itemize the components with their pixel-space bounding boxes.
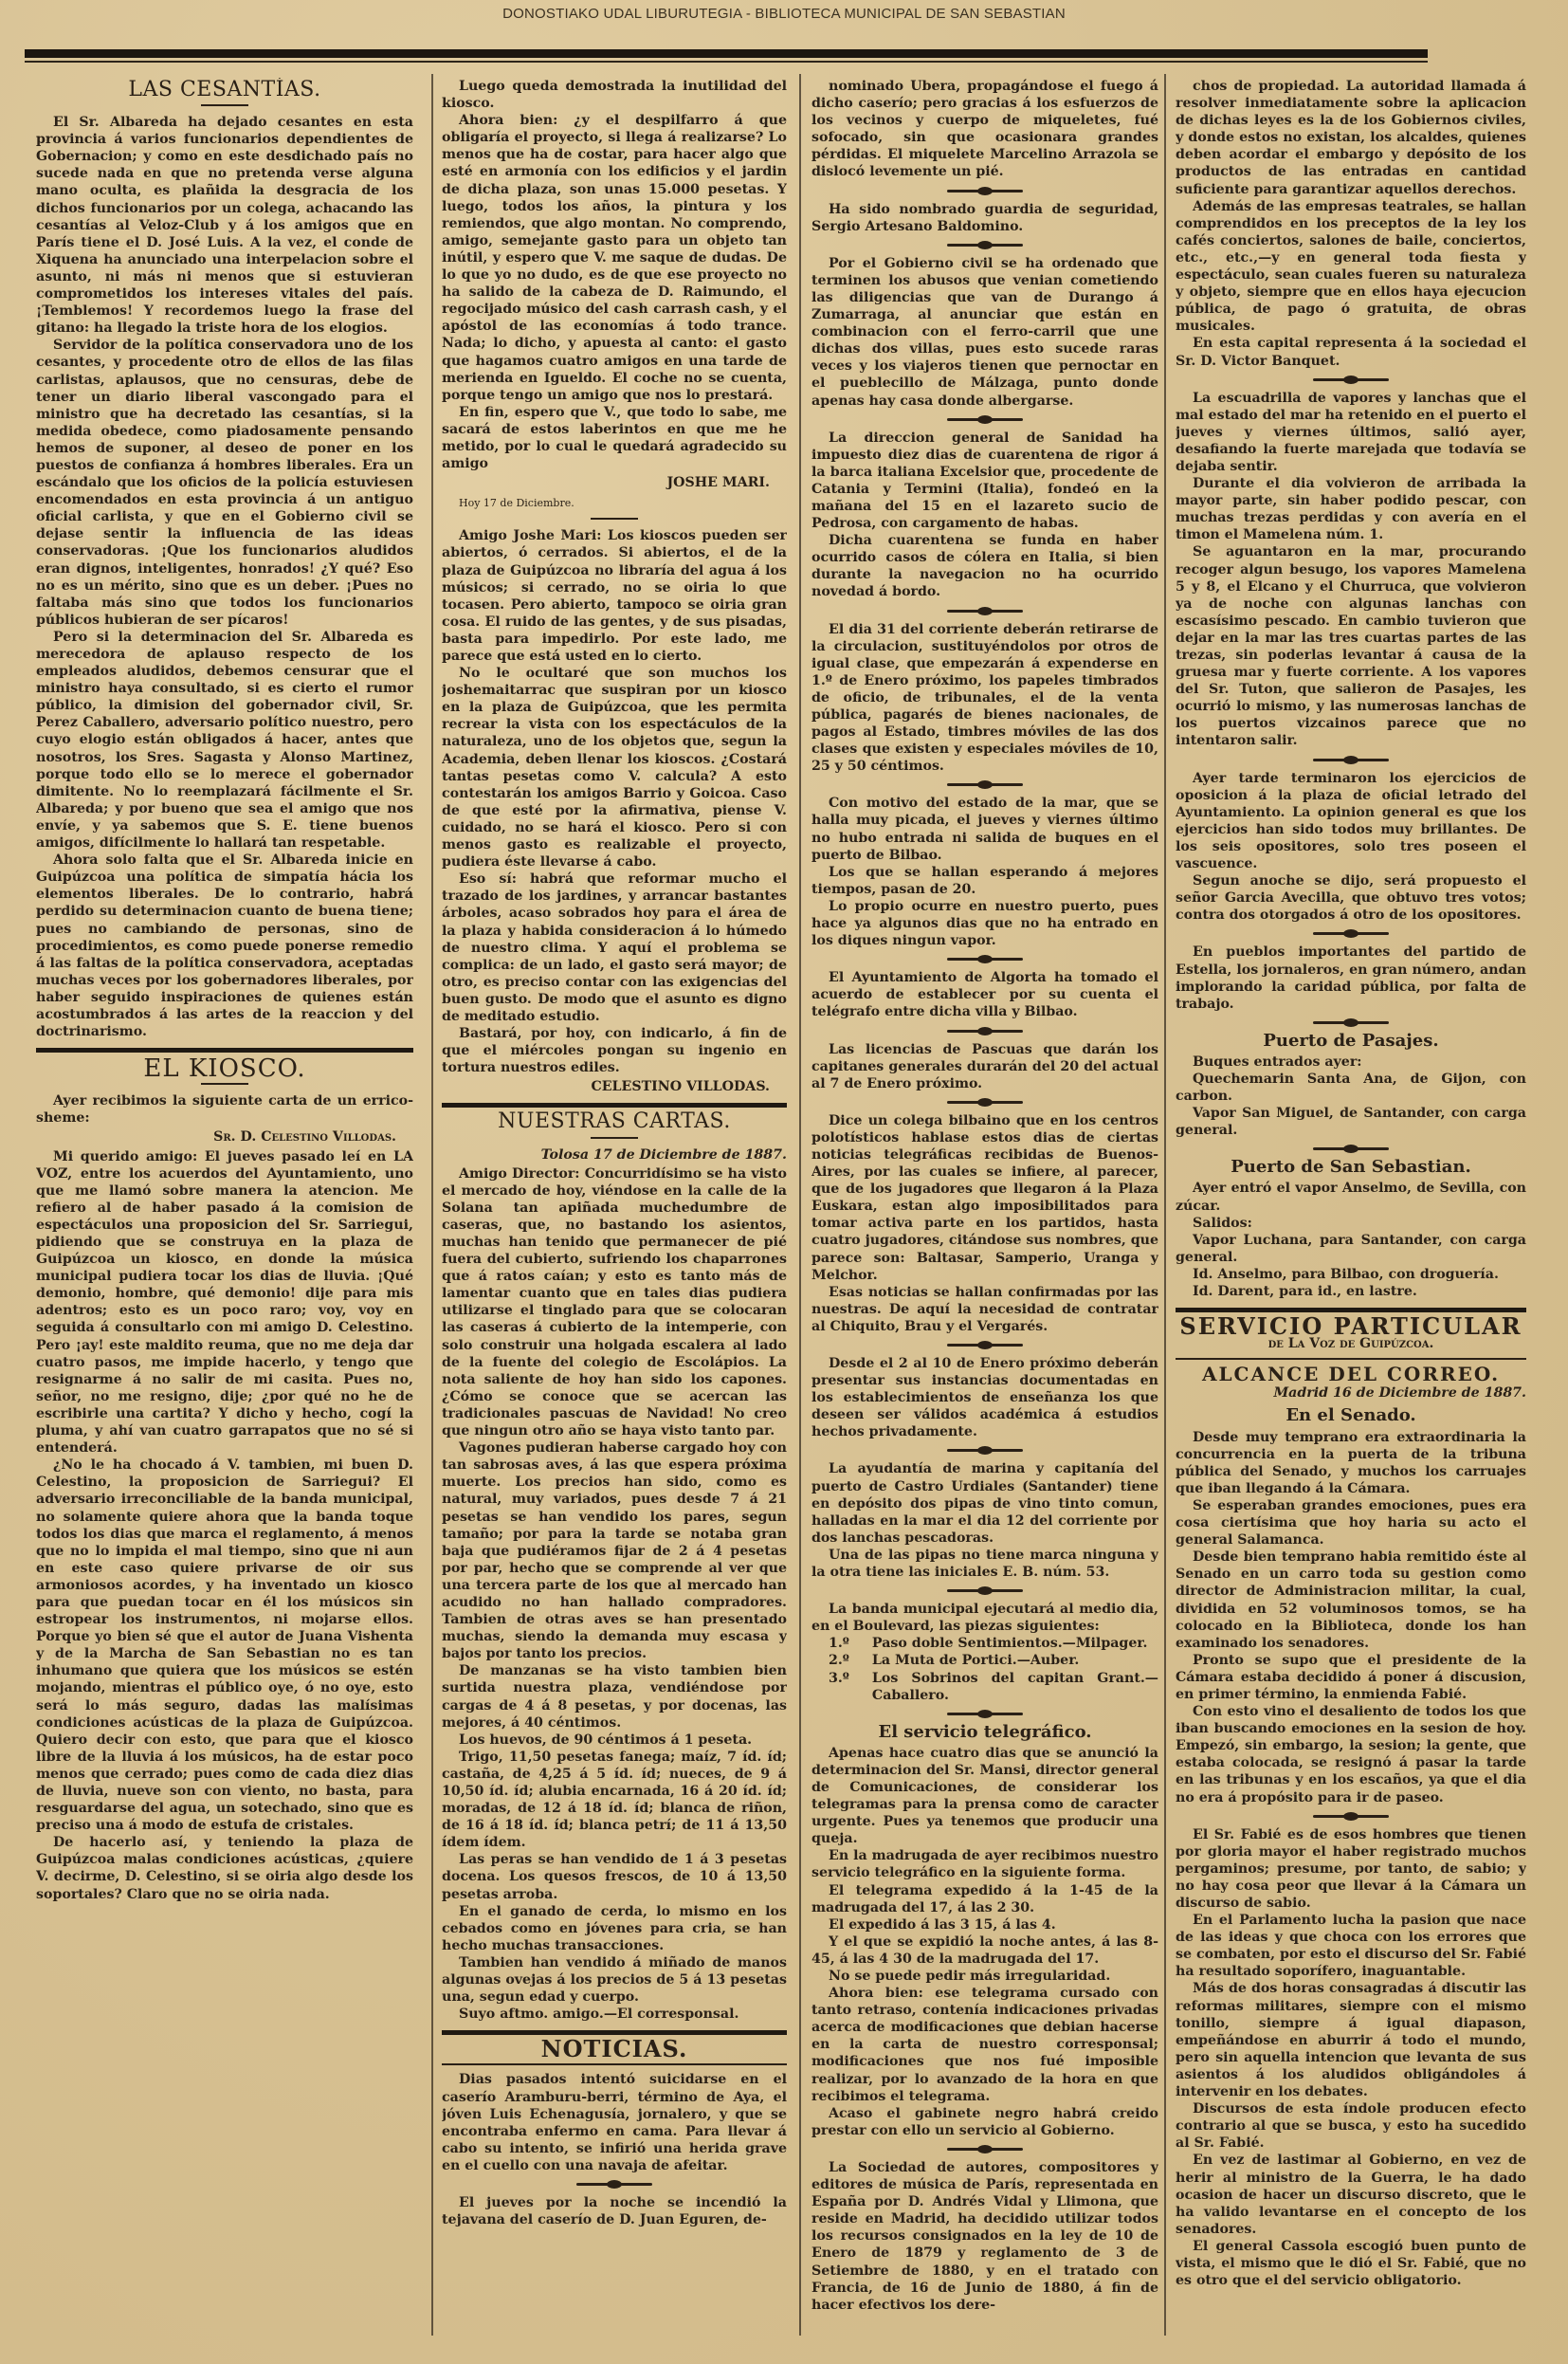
- paragraph: En pueblos importantes del partido de Es…: [1176, 944, 1526, 1012]
- paragraph: Se aguantaron en la mar, procurando reco…: [1176, 543, 1526, 749]
- salutation: Sr. D. Celestino Villodas.: [36, 1128, 396, 1145]
- paragraph: Y el que se expidió la noche antes, á la…: [811, 1933, 1158, 1968]
- signature: JOSHE MARI.: [442, 474, 770, 491]
- short-rule: [591, 1137, 638, 1139]
- paragraph: Los huevos, de 90 céntimos á 1 peseta.: [442, 1732, 787, 1749]
- paragraph: Vapor San Miguel, de Santander, con carg…: [1176, 1105, 1526, 1139]
- list-text: La Muta de Portici.—Auber.: [872, 1652, 1079, 1669]
- ornament-divider: [947, 1344, 1023, 1347]
- paragraph: Acaso el gabinete negro habrá creido pre…: [811, 2105, 1158, 2139]
- paragraph: En vez de lastimar al Gobierno, en vez d…: [1176, 2152, 1526, 2237]
- paragraph: El Sr. Albareda ha dejado cesantes en es…: [36, 114, 413, 337]
- paragraph: Servidor de la política conservadora uno…: [36, 337, 413, 629]
- ornament-divider: [1313, 1815, 1389, 1818]
- paragraph: La Sociedad de autores, compositores y e…: [811, 2159, 1158, 2314]
- paragraph: Ha sido nombrado guardia de seguridad, S…: [811, 201, 1158, 235]
- paragraph: Id. Anselmo, para Bilbao, con droguería.: [1176, 1266, 1526, 1283]
- paragraph: El general Cassola escogió buen punto de…: [1176, 2238, 1526, 2289]
- section-heading: EL KIOSCO.: [36, 1060, 413, 1077]
- article-heading: LAS CESANTÍAS.: [36, 82, 413, 99]
- column-3: nominado Ubera, propagándose el fuego á …: [811, 78, 1158, 2347]
- masthead-thin-rule: [25, 61, 1428, 63]
- section-rule: [442, 1103, 787, 1108]
- paragraph: La escuadrilla de vapores y lanchas que …: [1176, 390, 1526, 475]
- paragraph: Id. Darent, para id., en lastre.: [1176, 1283, 1526, 1300]
- paragraph: Mi querido amigo: El jueves pasado leí e…: [36, 1148, 413, 1457]
- paragraph: Las licencias de Pascuas que darán los c…: [811, 1041, 1158, 1092]
- list-item: 2.ºLa Muta de Portici.—Auber.: [829, 1652, 1158, 1669]
- list-number: 1.º: [829, 1635, 849, 1652]
- section-heading: SERVICIO PARTICULAR: [1176, 1318, 1526, 1335]
- paragraph: En la madrugada de ayer recibimos nuestr…: [811, 1847, 1158, 1881]
- ornament-divider: [947, 190, 1023, 192]
- ornament-divider: [947, 783, 1023, 786]
- thin-rule: [1176, 1358, 1526, 1360]
- paragraph: En esta capital representa á la sociedad…: [1176, 335, 1526, 369]
- paragraph: Por el Gobierno civil se ha ordenado que…: [811, 255, 1158, 410]
- paragraph: La ayudantía de marina y capitanía del p…: [811, 1460, 1158, 1546]
- ornament-divider: [947, 418, 1023, 421]
- short-rule: [201, 104, 248, 106]
- paragraph: Amigo Director: Concurridísimo se ha vis…: [442, 1165, 787, 1440]
- ornament-divider: [576, 2183, 652, 2186]
- library-banner: DONOSTIAKO UDAL LIBURUTEGIA - BIBLIOTECA…: [0, 6, 1568, 22]
- program-list: 1.ºPaso doble Sentimientos.—Milpager.2.º…: [811, 1635, 1158, 1703]
- ornament-divider: [947, 1713, 1023, 1715]
- paragraph: Amigo Joshe Mari: Los kioscos pueden ser…: [442, 527, 787, 665]
- paragraph: Desde muy temprano era extraordinaria la…: [1176, 1429, 1526, 1497]
- paragraph: La banda municipal ejecutará al medio di…: [811, 1601, 1158, 1635]
- short-rule: [591, 518, 638, 520]
- note: Hoy 17 de Diciembre.: [442, 495, 787, 512]
- paragraph: La direccion general de Sanidad ha impue…: [811, 430, 1158, 533]
- paragraph: Pronto se supo que el presidente de la C…: [1176, 1652, 1526, 1703]
- column-divider: [431, 74, 433, 2336]
- paragraph: Salidos:: [1176, 1215, 1526, 1232]
- article-heading: NUESTRAS CARTAS.: [442, 1113, 787, 1130]
- subsection-heading: Puerto de Pasajes.: [1176, 1033, 1526, 1050]
- paragraph: Eso sí: habrá que reformar mucho el traz…: [442, 870, 787, 1025]
- paragraph: Buques entrados ayer:: [1176, 1054, 1526, 1071]
- paragraph: Con motivo del estado de la mar, que se …: [811, 795, 1158, 863]
- column-divider: [799, 74, 801, 2336]
- paragraph: Dias pasados intentó suicidarse en el ca…: [442, 2071, 787, 2174]
- paragraph: En el Parlamento lucha la pasion que nac…: [1176, 1912, 1526, 1980]
- paragraph: De hacerlo así, y teniendo la plaza de G…: [36, 1834, 413, 1902]
- paragraph: Ahora bien: ese telegrama cursado con ta…: [811, 1985, 1158, 2105]
- ornament-divider: [1313, 378, 1389, 381]
- paragraph: Durante el dia volvieron de arribada la …: [1176, 475, 1526, 543]
- masthead-thick-rule: [25, 49, 1428, 58]
- paragraph: Luego queda demostrada la inutilidad del…: [442, 78, 787, 112]
- paragraph: Ayer tarde terminaron los ejercicios de …: [1176, 770, 1526, 873]
- list-number: 2.º: [829, 1652, 849, 1669]
- ornament-divider: [1313, 1147, 1389, 1150]
- paragraph: Esas noticias se hallan confirmadas por …: [811, 1284, 1158, 1335]
- subsection-heading: Puerto de San Sebastian.: [1176, 1159, 1526, 1176]
- ornament-divider: [947, 958, 1023, 961]
- dateline: Tolosa 17 de Diciembre de 1887.: [442, 1146, 787, 1164]
- paragraph: El expedido á las 3 15, á las 4.: [811, 1916, 1158, 1933]
- paragraph: chos de propiedad. La autoridad llamada …: [1176, 78, 1526, 198]
- paragraph: Con esto vino el desaliento de todos los…: [1176, 1703, 1526, 1806]
- paragraph: Se esperaban grandes emociones, pues era…: [1176, 1497, 1526, 1549]
- paragraph: Bastará, por hoy, con indicarlo, á fin d…: [442, 1025, 787, 1076]
- ornament-divider: [947, 610, 1023, 613]
- ornament-divider: [947, 2148, 1023, 2151]
- column-2: Luego queda demostrada la inutilidad del…: [442, 78, 787, 2347]
- list-text: Paso doble Sentimientos.—Milpager.: [872, 1635, 1148, 1652]
- ornament-divider: [947, 244, 1023, 247]
- paragraph: Dicha cuarentena se funda en haber ocurr…: [811, 532, 1158, 600]
- ornament-divider: [1313, 1021, 1389, 1024]
- short-rule: [201, 1083, 248, 1085]
- column-divider: [1164, 74, 1166, 2336]
- paragraph: Los que se hallan esperando á mejores ti…: [811, 864, 1158, 898]
- paragraph: Lo propio ocurre en nuestro puerto, pues…: [811, 898, 1158, 949]
- paragraph: En el ganado de cerda, lo mismo en los c…: [442, 1903, 787, 1954]
- paragraph: Ahora bien: ¿y el despilfarro á que obli…: [442, 112, 787, 404]
- ornament-divider: [947, 1589, 1023, 1592]
- paragraph: El Ayuntamiento de Algorta ha tomado el …: [811, 969, 1158, 1020]
- paragraph: Más de dos horas consagradas á discutir …: [1176, 1980, 1526, 2100]
- paragraph: Además de las empresas teatrales, se hal…: [1176, 198, 1526, 336]
- paragraph: Quechemarin Santa Ana, de Gijon, con car…: [1176, 1071, 1526, 1105]
- paragraph: Trigo, 11,50 pesetas fanega; maíz, 7 íd.…: [442, 1749, 787, 1852]
- section-heading: ALCANCE DEL CORREO.: [1176, 1365, 1526, 1383]
- list-text: Los Sobrinos del capitan Grant.—Caballer…: [872, 1670, 1158, 1704]
- paragraph: El dia 31 del corriente deberán retirars…: [811, 621, 1158, 776]
- paragraph: Vagones pudieran haberse cargado hoy con…: [442, 1439, 787, 1662]
- ornament-divider: [1313, 759, 1389, 761]
- section-heading: NOTICIAS.: [442, 2041, 787, 2058]
- list-item: 1.ºPaso doble Sentimientos.—Milpager.: [829, 1635, 1158, 1652]
- subsection-heading: En el Senado.: [1176, 1407, 1526, 1424]
- list-item: 3.ºLos Sobrinos del capitan Grant.—Cabal…: [829, 1670, 1158, 1704]
- paragraph: No se puede pedir más irregularidad.: [811, 1968, 1158, 1985]
- paragraph: Ahora solo falta que el Sr. Albareda ini…: [36, 852, 413, 1040]
- paragraph: Las peras se han vendido de 1 á 3 peseta…: [442, 1851, 787, 1902]
- paragraph: Una de las pipas no tiene marca ninguna …: [811, 1547, 1158, 1581]
- paragraph: El Sr. Fabié es de esos hombres que tien…: [1176, 1826, 1526, 1912]
- ornament-divider: [1313, 932, 1389, 935]
- paragraph: Dice un colega bilbaino que en los centr…: [811, 1112, 1158, 1284]
- column-1: LAS CESANTÍAS.El Sr. Albareda ha dejado …: [36, 78, 413, 2347]
- signature: CELESTINO VILLODAS.: [442, 1078, 770, 1095]
- paragraph: En fin, espero que V., que todo lo sabe,…: [442, 404, 787, 472]
- ornament-divider: [947, 1449, 1023, 1452]
- paragraph: El telegrama expedido á la 1-45 de la ma…: [811, 1882, 1158, 1916]
- dateline: Madrid 16 de Diciembre de 1887.: [1176, 1384, 1526, 1402]
- list-number: 3.º: [829, 1670, 849, 1704]
- paragraph: ¿No le ha chocado á V. tambien, mi buen …: [36, 1457, 413, 1834]
- thin-rule: [442, 2063, 787, 2065]
- column-4: chos de propiedad. La autoridad llamada …: [1176, 78, 1526, 2347]
- paragraph: Segun anoche se dijo, será propuesto el …: [1176, 872, 1526, 924]
- paragraph: De manzanas se ha visto tambien bien sur…: [442, 1662, 787, 1731]
- paragraph: Suyo aftmo. amigo.—El corresponsal.: [442, 2006, 787, 2023]
- paragraph: Vapor Luchana, para Santander, con carga…: [1176, 1232, 1526, 1266]
- paragraph: Tambien han vendido á miñado de manos al…: [442, 1954, 787, 2006]
- paragraph: El jueves por la noche se incendió la te…: [442, 2194, 787, 2228]
- subsection-heading: El servicio telegráfico.: [811, 1724, 1158, 1741]
- section-rule: [36, 1048, 413, 1053]
- paragraph: Desde el 2 al 10 de Enero próximo deberá…: [811, 1355, 1158, 1440]
- ornament-divider: [947, 1030, 1023, 1033]
- paragraph: Ayer entró el vapor Anselmo, de Sevilla,…: [1176, 1180, 1526, 1214]
- paragraph: Desde bien temprano habia remitido éste …: [1176, 1549, 1526, 1652]
- ornament-divider: [947, 1101, 1023, 1104]
- paragraph: Ayer recibimos la siguiente carta de un …: [36, 1092, 413, 1127]
- paragraph: Pero si la determinacion del Sr. Albared…: [36, 629, 413, 852]
- paragraph: Apenas hace cuatro dias que se anunció l…: [811, 1745, 1158, 1848]
- paragraph: No le ocultaré que son muchos los joshem…: [442, 665, 787, 870]
- paragraph: nominado Ubera, propagándose el fuego á …: [811, 78, 1158, 181]
- paragraph: Discursos de esta índole producen efecto…: [1176, 2100, 1526, 2152]
